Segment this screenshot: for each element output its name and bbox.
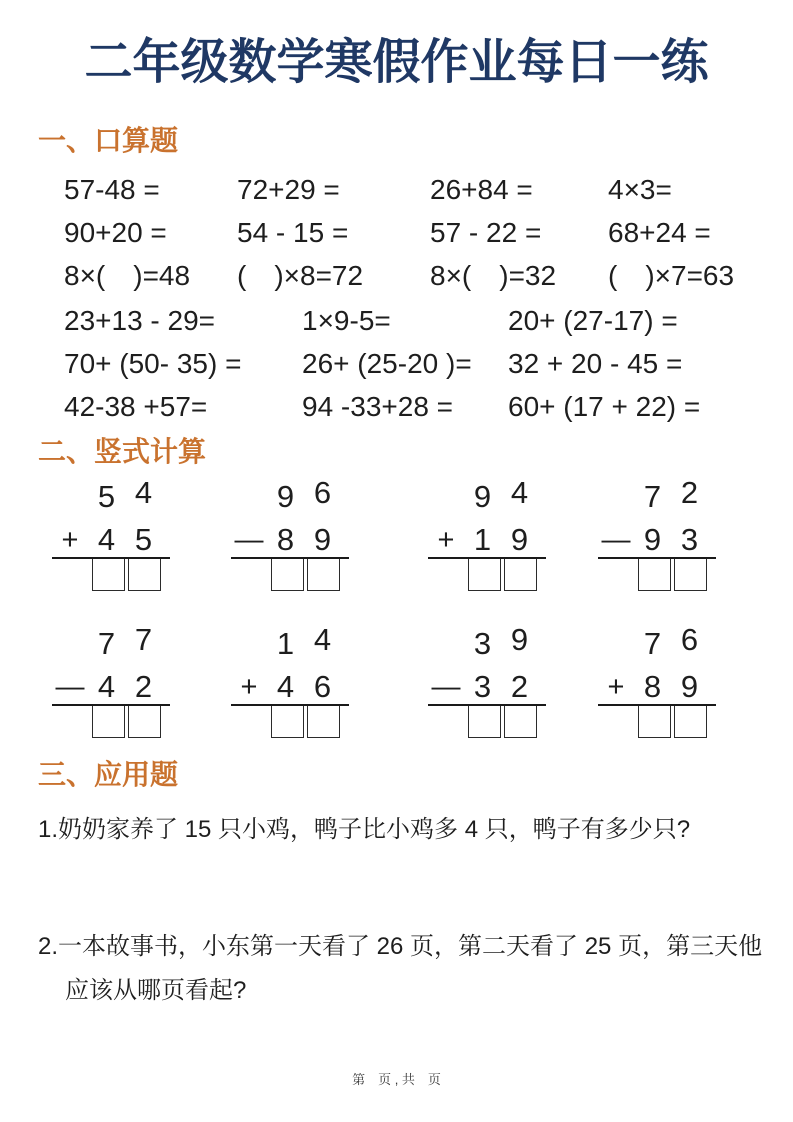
operator-sign: —	[428, 672, 464, 702]
operator-sign: +	[428, 525, 464, 555]
operator-sign: +	[598, 672, 634, 702]
oral-problems-block: 57-48 = 72+29 = 26+84 = 4×3= 90+20 = 54 …	[0, 168, 793, 428]
digit: 2	[671, 478, 708, 508]
digit: 6	[304, 672, 341, 702]
math-expression: 20+ (27-17) =	[508, 299, 773, 342]
vertical-problems-row-1: 5 4 + 4 5 9 6 — 8 9	[0, 482, 793, 591]
digit: 8	[634, 672, 671, 702]
digit: 9	[267, 482, 304, 512]
math-expression: ( )×8=72	[237, 254, 430, 297]
answer-box	[128, 706, 161, 738]
operator-sign: +	[231, 672, 267, 702]
digit: 4	[267, 672, 304, 702]
digit: 7	[125, 625, 162, 655]
digit: 7	[634, 482, 671, 512]
math-expression: 1×9-5=	[302, 299, 508, 342]
bottom-operand: + 4 5	[52, 525, 170, 555]
digit: 2	[501, 672, 538, 702]
answer-box	[307, 706, 340, 738]
answer-boxes	[52, 706, 170, 738]
answer-box	[468, 706, 501, 738]
math-expression: 8×( )=48	[64, 254, 237, 297]
vertical-problem-8: 7 6 + 8 9	[598, 629, 716, 738]
math-expression: 57-48 =	[64, 168, 237, 211]
digit: 5	[125, 525, 162, 555]
digit: 3	[464, 672, 501, 702]
digit: 4	[88, 525, 125, 555]
math-expression: 4×3=	[608, 168, 773, 211]
oral-row-1: 57-48 = 72+29 = 26+84 = 4×3=	[64, 168, 773, 211]
math-expression: 57 - 22 =	[430, 211, 608, 254]
oral-row-4: 23+13 - 29= 1×9-5= 20+ (27-17) =	[64, 299, 773, 342]
digit: 6	[304, 478, 341, 508]
vertical-problem-4: 7 2 — 9 3	[598, 482, 716, 591]
answer-box	[92, 559, 125, 591]
digit: 8	[267, 525, 304, 555]
digit: 4	[88, 672, 125, 702]
digit: 2	[125, 672, 162, 702]
vertical-problem-1: 5 4 + 4 5	[52, 482, 170, 591]
math-expression: 68+24 =	[608, 211, 773, 254]
operator-sign: —	[231, 525, 267, 555]
word-problems-block: 1.奶奶家养了 15 只小鸡，鸭子比小鸡多 4 只，鸭子有多少只? 2.一本故事…	[0, 814, 793, 1013]
page-footer: 第 页 , 共 页	[0, 1072, 793, 1088]
word-problem-2-line-2: 应该从哪页看起?	[38, 969, 763, 1013]
answer-box	[92, 706, 125, 738]
digit: 9	[634, 525, 671, 555]
bottom-operand: — 4 2	[52, 672, 170, 702]
answer-boxes	[598, 706, 716, 738]
math-expression: 26+84 =	[430, 168, 608, 211]
oral-row-6: 42-38 +57= 94 -33+28 = 60+ (17 + 22) =	[64, 385, 773, 428]
digit: 9	[304, 525, 341, 555]
answer-boxes	[231, 559, 349, 591]
vertical-problem-5: 7 7 — 4 2	[52, 629, 170, 738]
bottom-operand: + 1 9	[428, 525, 546, 555]
page-title: 二年级数学寒假作业每日一练	[0, 34, 793, 92]
oral-row-2: 90+20 = 54 - 15 = 57 - 22 = 68+24 =	[64, 211, 773, 254]
digit: 6	[671, 625, 708, 655]
digit: 1	[464, 525, 501, 555]
bottom-operand: + 4 6	[231, 672, 349, 702]
section-heading-oral: 一、口算题	[38, 126, 793, 156]
operator-sign: —	[598, 525, 634, 555]
top-operand: 5 4	[52, 482, 170, 512]
top-operand: 7 2	[598, 482, 716, 512]
math-expression: 42-38 +57=	[64, 385, 302, 428]
digit: 4	[125, 478, 162, 508]
answer-box	[128, 559, 161, 591]
vertical-problems-row-2: 7 7 — 4 2 1 4 + 4 6	[0, 629, 793, 738]
math-expression: 70+ (50- 35) =	[64, 342, 302, 385]
answer-box	[674, 706, 707, 738]
answer-box	[504, 559, 537, 591]
vertical-problem-7: 3 9 — 3 2	[428, 629, 546, 738]
bottom-operand: — 8 9	[231, 525, 349, 555]
answer-box	[307, 559, 340, 591]
operator-sign: —	[52, 672, 88, 702]
digit: 1	[267, 629, 304, 659]
top-operand: 1 4	[231, 629, 349, 659]
answer-boxes	[428, 559, 546, 591]
math-expression: 8×( )=32	[430, 254, 608, 297]
math-expression: 23+13 - 29=	[64, 299, 302, 342]
math-expression: 26+ (25-20 )=	[302, 342, 508, 385]
math-expression: 90+20 =	[64, 211, 237, 254]
word-problem-2-line-1: 2.一本故事书，小东第一天看了 26 页，第二天看了 25 页，第三天他	[38, 925, 763, 969]
top-operand: 7 7	[52, 629, 170, 659]
answer-boxes	[428, 706, 546, 738]
top-operand: 3 9	[428, 629, 546, 659]
answer-box	[638, 559, 671, 591]
digit: 9	[501, 625, 538, 655]
oral-row-5: 70+ (50- 35) = 26+ (25-20 )= 32 + 20 - 4…	[64, 342, 773, 385]
math-expression: ( )×7=63	[608, 254, 773, 297]
digit: 5	[88, 482, 125, 512]
vertical-problem-6: 1 4 + 4 6	[231, 629, 349, 738]
section-heading-word: 三、应用题	[38, 760, 793, 790]
answer-boxes	[598, 559, 716, 591]
math-expression: 32 + 20 - 45 =	[508, 342, 773, 385]
answer-boxes	[52, 559, 170, 591]
answer-box	[271, 559, 304, 591]
digit: 3	[464, 629, 501, 659]
digit: 9	[501, 525, 538, 555]
digit: 9	[464, 482, 501, 512]
math-expression: 72+29 =	[237, 168, 430, 211]
math-expression: 94 -33+28 =	[302, 385, 508, 428]
top-operand: 9 4	[428, 482, 546, 512]
answer-boxes	[231, 706, 349, 738]
answer-box	[504, 706, 537, 738]
digit: 7	[88, 629, 125, 659]
top-operand: 7 6	[598, 629, 716, 659]
worksheet-page: 二年级数学寒假作业每日一练 一、口算题 57-48 = 72+29 = 26+8…	[0, 0, 793, 1122]
bottom-operand: — 3 2	[428, 672, 546, 702]
word-problem-1: 1.奶奶家养了 15 只小鸡，鸭子比小鸡多 4 只，鸭子有多少只?	[38, 814, 763, 846]
word-problem-2: 2.一本故事书，小东第一天看了 26 页，第二天看了 25 页，第三天他 应该从…	[38, 925, 763, 1013]
digit: 7	[634, 629, 671, 659]
answer-box	[638, 706, 671, 738]
oral-row-3: 8×( )=48 ( )×8=72 8×( )=32 ( )×7=63	[64, 254, 773, 297]
math-expression: 60+ (17 + 22) =	[508, 385, 773, 428]
math-expression: 54 - 15 =	[237, 211, 430, 254]
operator-sign: +	[52, 525, 88, 555]
answer-box	[674, 559, 707, 591]
digit: 4	[501, 478, 538, 508]
vertical-problem-3: 9 4 + 1 9	[428, 482, 546, 591]
answer-box	[468, 559, 501, 591]
section-heading-vertical: 二、竖式计算	[38, 437, 793, 467]
digit: 3	[671, 525, 708, 555]
answer-box	[271, 706, 304, 738]
bottom-operand: + 8 9	[598, 672, 716, 702]
digit: 4	[304, 625, 341, 655]
bottom-operand: — 9 3	[598, 525, 716, 555]
digit: 9	[671, 672, 708, 702]
vertical-problem-2: 9 6 — 8 9	[231, 482, 349, 591]
top-operand: 9 6	[231, 482, 349, 512]
